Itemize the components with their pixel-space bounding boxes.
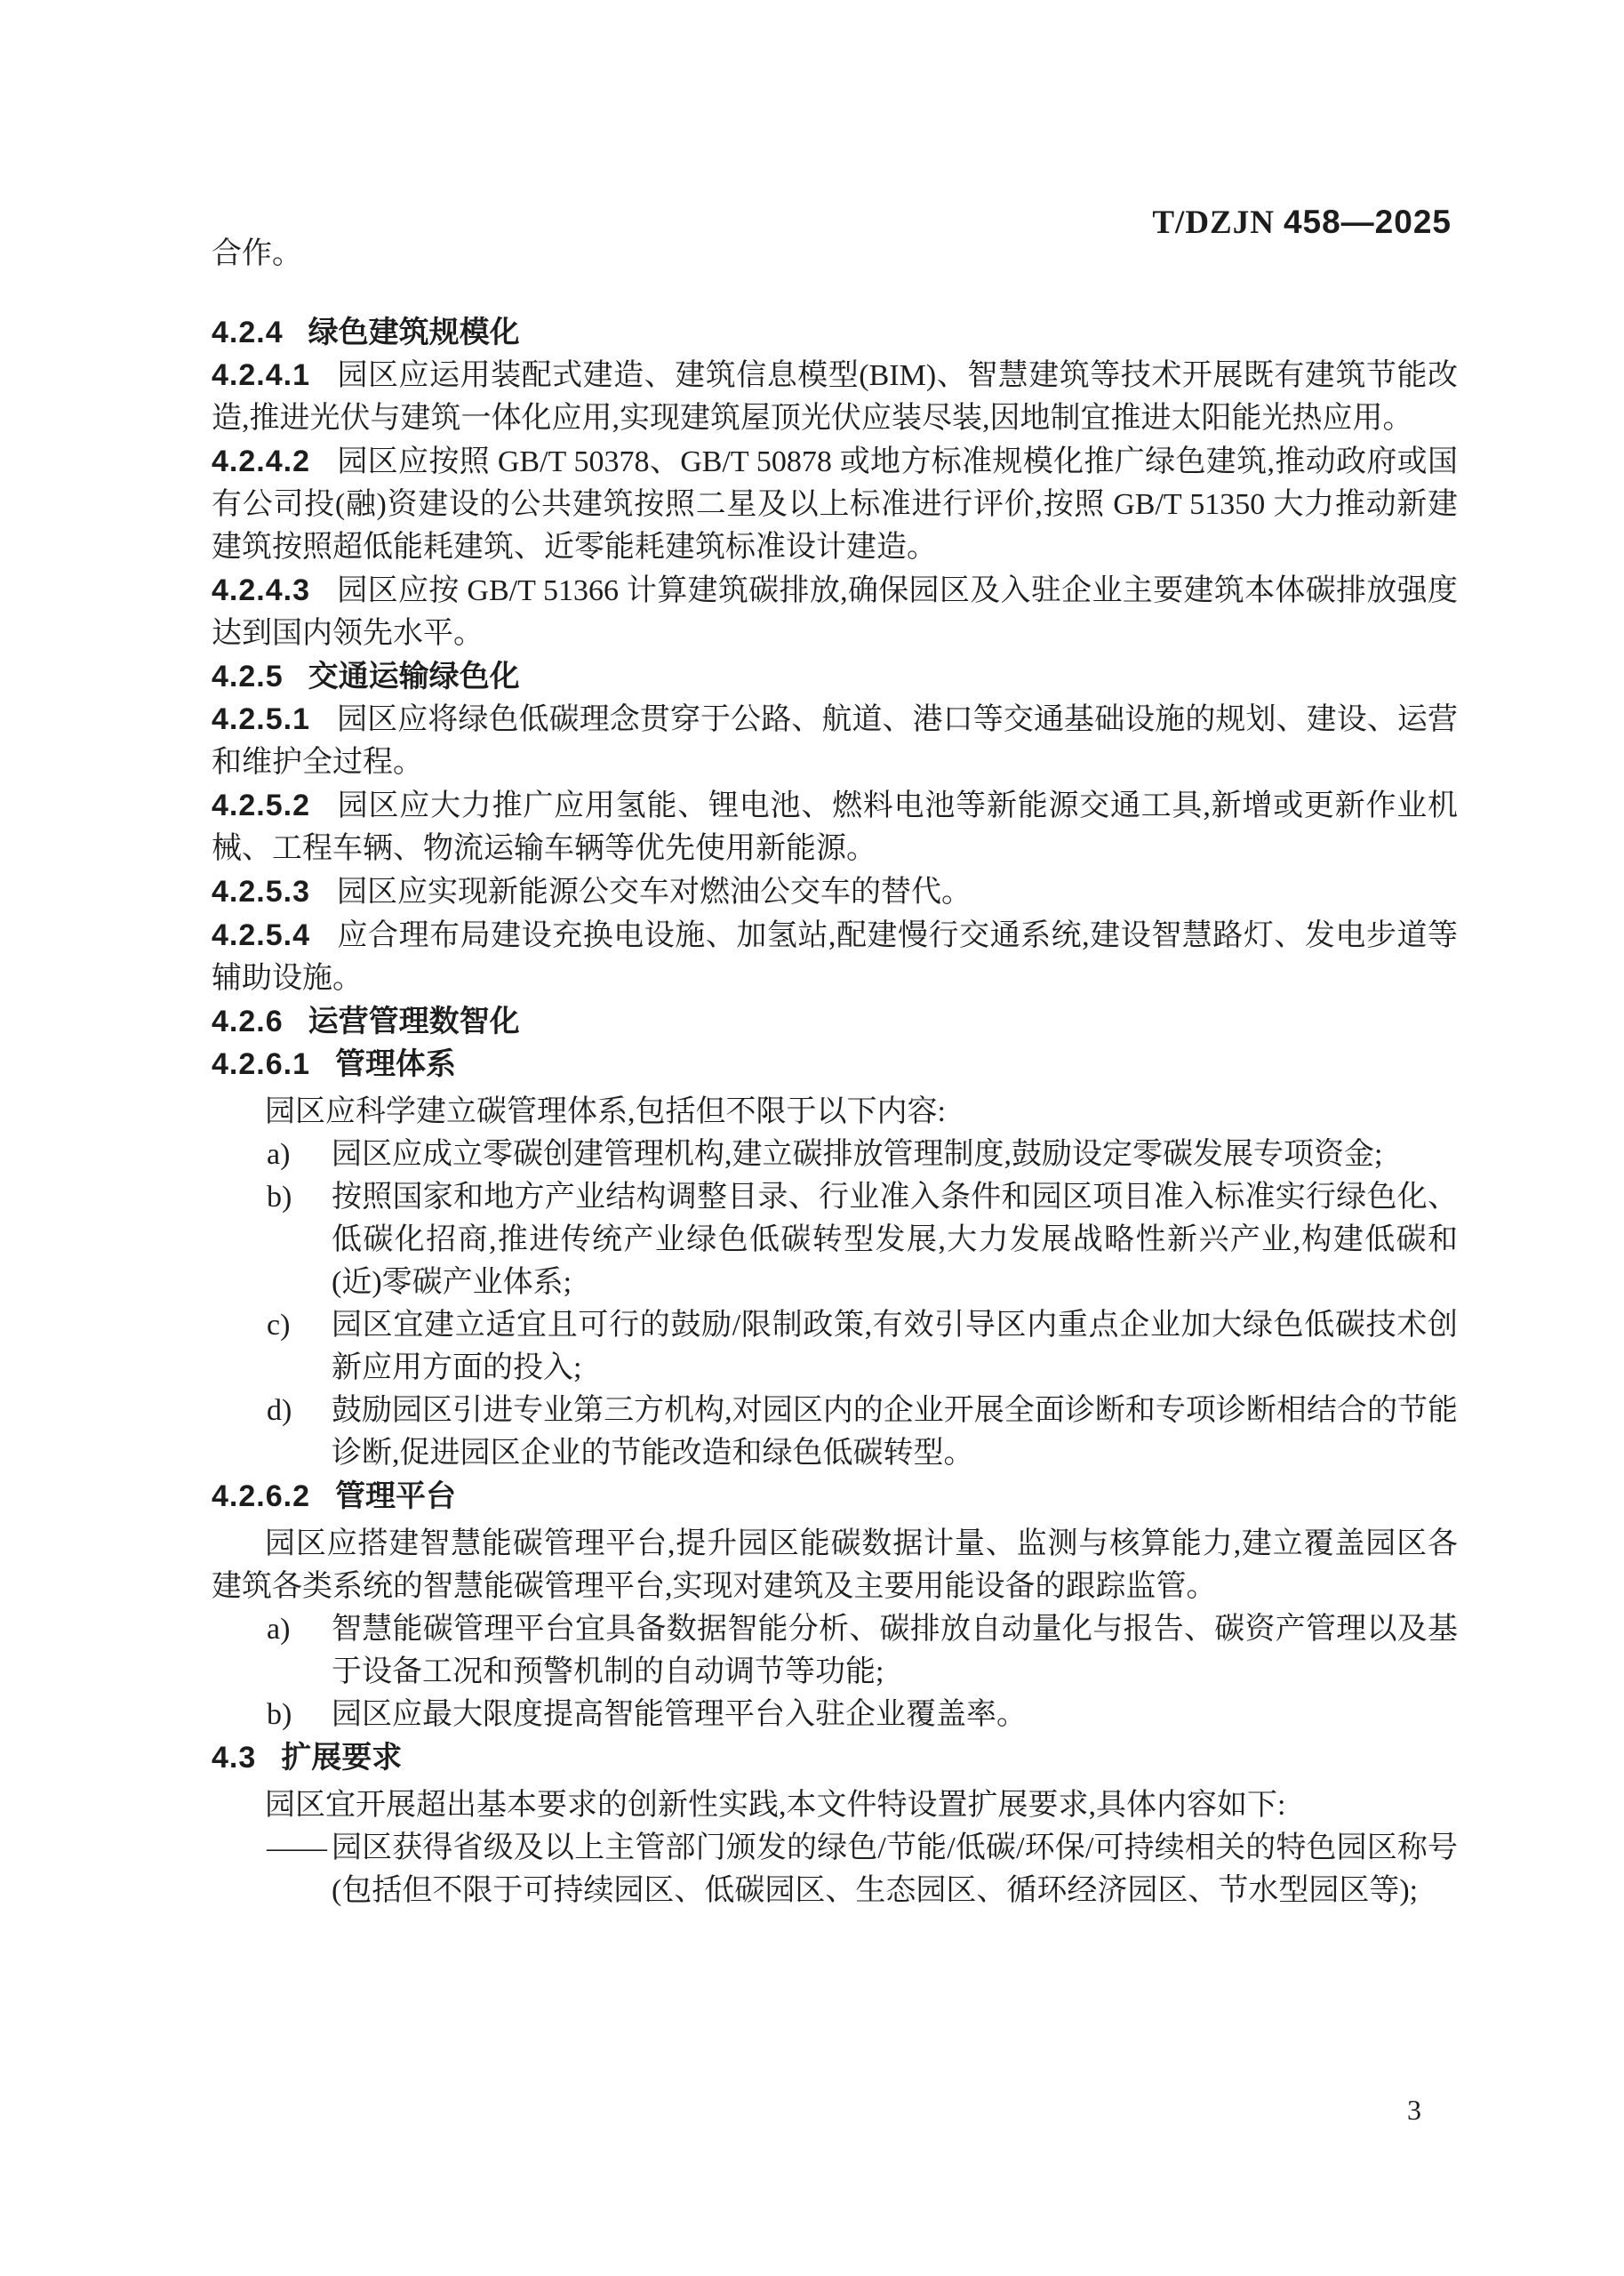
clause-number: 4.2.4.3 — [212, 573, 310, 607]
intro-paragraph: 园区宜开展超出基本要求的创新性实践,本文件特设置扩展要求,具体内容如下: — [212, 1784, 1458, 1827]
clause-number: 4.2.4.2 — [212, 445, 310, 478]
clause-text: 园区应按照 GB/T 50378、GB/T 50878 或地方标准规模化推广绿色… — [212, 445, 1458, 564]
heading-title: 管理平台 — [335, 1479, 456, 1513]
list-marker: a) — [267, 1608, 290, 1651]
clause-4-2-4-2: 4.2.4.2园区应按照 GB/T 50378、GB/T 50878 或地方标准… — [212, 440, 1458, 569]
dash-item: ——园区获得省级及以上主管部门颁发的绿色/节能/低碳/环保/可持续相关的特色园区… — [212, 1827, 1458, 1912]
subsection-heading-4-2-6-2: 4.2.6.2管理平台 — [212, 1475, 1458, 1518]
list-marker: a) — [267, 1134, 290, 1176]
list-item-text: 园区应成立零碳创建管理机构,建立碳排放管理制度,鼓励设定零碳发展专项资金; — [332, 1138, 1382, 1171]
clause-text: 园区应大力推广应用氢能、锂电池、燃料电池等新能源交通工具,新增或更新作业机械、工… — [212, 789, 1458, 865]
clause-text: 园区应运用装配式建造、建筑信息模型(BIM)、智慧建筑等技术开展既有建筑节能改造… — [212, 359, 1458, 435]
list-item-c: c)园区宜建立适宜且可行的鼓励/限制政策,有效引导区内重点企业加大绿色低碳技术创… — [212, 1304, 1458, 1390]
dash-marker: —— — [267, 1827, 327, 1870]
list-marker: b) — [267, 1176, 292, 1219]
list-item-text: 园区宜建立适宜且可行的鼓励/限制政策,有效引导区内重点企业加大绿色低碳技术创新应… — [332, 1309, 1458, 1384]
dash-item-text: 园区获得省级及以上主管部门颁发的绿色/节能/低碳/环保/可持续相关的特色园区称号… — [332, 1831, 1458, 1907]
heading-number: 4.2.5 — [212, 655, 284, 698]
heading-number: 4.3 — [212, 1736, 256, 1779]
intro-paragraph: 园区应科学建立碳管理体系,包括但不限于以下内容: — [212, 1091, 1458, 1134]
page-body: 合作。 4.2.4绿色建筑规模化 4.2.4.1园区应运用装配式建造、建筑信息模… — [212, 233, 1458, 1912]
intro-paragraph: 园区应搭建智慧能碳管理平台,提升园区能碳数据计量、监测与核算能力,建立覆盖园区各… — [212, 1523, 1458, 1608]
heading-title: 绿色建筑规模化 — [308, 316, 520, 349]
heading-number: 4.2.4 — [212, 311, 284, 354]
paragraph-continuation: 合作。 — [212, 233, 1458, 276]
list-item-b: b)按照国家和地方产业结构调整目录、行业准入条件和园区项目准入标准实行绿色化、低… — [212, 1176, 1458, 1304]
list-marker: b) — [267, 1694, 292, 1736]
section-heading-4-2-5: 4.2.5交通运输绿色化 — [212, 655, 1458, 698]
heading-title: 交通运输绿色化 — [308, 660, 520, 693]
heading-title: 运营管理数智化 — [308, 1005, 520, 1038]
heading-title: 扩展要求 — [281, 1741, 402, 1775]
list-marker: c) — [267, 1304, 290, 1347]
clause-4-2-4-1: 4.2.4.1园区应运用装配式建造、建筑信息模型(BIM)、智慧建筑等技术开展既… — [212, 354, 1458, 440]
clause-text: 园区应按 GB/T 51366 计算建筑碳排放,确保园区及入驻企业主要建筑本体碳… — [212, 574, 1458, 650]
list-item-d: d)鼓励园区引进专业第三方机构,对园区内的企业开展全面诊断和专项诊断相结合的节能… — [212, 1390, 1458, 1475]
clause-4-2-5-2: 4.2.5.2园区应大力推广应用氢能、锂电池、燃料电池等新能源交通工具,新增或更… — [212, 784, 1458, 870]
page-number: 3 — [1407, 2094, 1421, 2127]
clause-4-2-5-4: 4.2.5.4应合理布局建设充换电设施、加氢站,配建慢行交通系统,建设智慧路灯、… — [212, 914, 1458, 1000]
clause-text: 应合理布局建设充换电设施、加氢站,配建慢行交通系统,建设智慧路灯、发电步道等辅助… — [212, 919, 1458, 995]
clause-4-2-5-3: 4.2.5.3园区应实现新能源公交车对燃油公交车的替代。 — [212, 870, 1458, 914]
clause-number: 4.2.5.3 — [212, 875, 310, 909]
list-item-text: 按照国家和地方产业结构调整目录、行业准入条件和园区项目准入标准实行绿色化、低碳化… — [332, 1181, 1458, 1299]
list-item-text: 鼓励园区引进专业第三方机构,对园区内的企业开展全面诊断和专项诊断相结合的节能诊断… — [332, 1394, 1458, 1470]
list-item-text: 智慧能碳管理平台宜具备数据智能分析、碳排放自动量化与报告、碳资产管理以及基于设备… — [332, 1613, 1458, 1688]
list-item-a: a)园区应成立零碳创建管理机构,建立碳排放管理制度,鼓励设定零碳发展专项资金; — [212, 1134, 1458, 1176]
list-item-text: 园区应最大限度提高智能管理平台入驻企业覆盖率。 — [332, 1698, 1027, 1731]
heading-number: 4.2.6 — [212, 1000, 284, 1043]
clause-number: 4.2.5.4 — [212, 918, 310, 952]
clause-number: 4.2.4.1 — [212, 358, 310, 392]
clause-number: 4.2.5.1 — [212, 702, 310, 736]
clause-4-2-5-1: 4.2.5.1园区应将绿色低碳理念贯穿于公路、航道、港口等交通基础设施的规划、建… — [212, 698, 1458, 784]
heading-title: 管理体系 — [335, 1047, 456, 1081]
section-heading-4-2-6: 4.2.6运营管理数智化 — [212, 1000, 1458, 1043]
section-heading-4-2-4: 4.2.4绿色建筑规模化 — [212, 311, 1458, 354]
clause-text: 园区应将绿色低碳理念贯穿于公路、航道、港口等交通基础设施的规划、建设、运营和维护… — [212, 703, 1458, 779]
list-item-a: a)智慧能碳管理平台宜具备数据智能分析、碳排放自动量化与报告、碳资产管理以及基于… — [212, 1608, 1458, 1694]
clause-4-2-4-3: 4.2.4.3园区应按 GB/T 51366 计算建筑碳排放,确保园区及入驻企业… — [212, 569, 1458, 655]
clause-number: 4.2.5.2 — [212, 789, 310, 822]
subsection-heading-4-2-6-1: 4.2.6.1管理体系 — [212, 1043, 1458, 1086]
section-heading-4-3: 4.3扩展要求 — [212, 1736, 1458, 1779]
heading-number: 4.2.6.2 — [212, 1475, 310, 1518]
document-page: T/DZJN458—2025 合作。 4.2.4绿色建筑规模化 4.2.4.1园… — [0, 0, 1624, 2276]
list-item-b: b)园区应最大限度提高智能管理平台入驻企业覆盖率。 — [212, 1694, 1458, 1736]
heading-number: 4.2.6.1 — [212, 1043, 310, 1086]
list-marker: d) — [267, 1390, 292, 1432]
clause-text: 园区应实现新能源公交车对燃油公交车的替代。 — [337, 876, 972, 909]
